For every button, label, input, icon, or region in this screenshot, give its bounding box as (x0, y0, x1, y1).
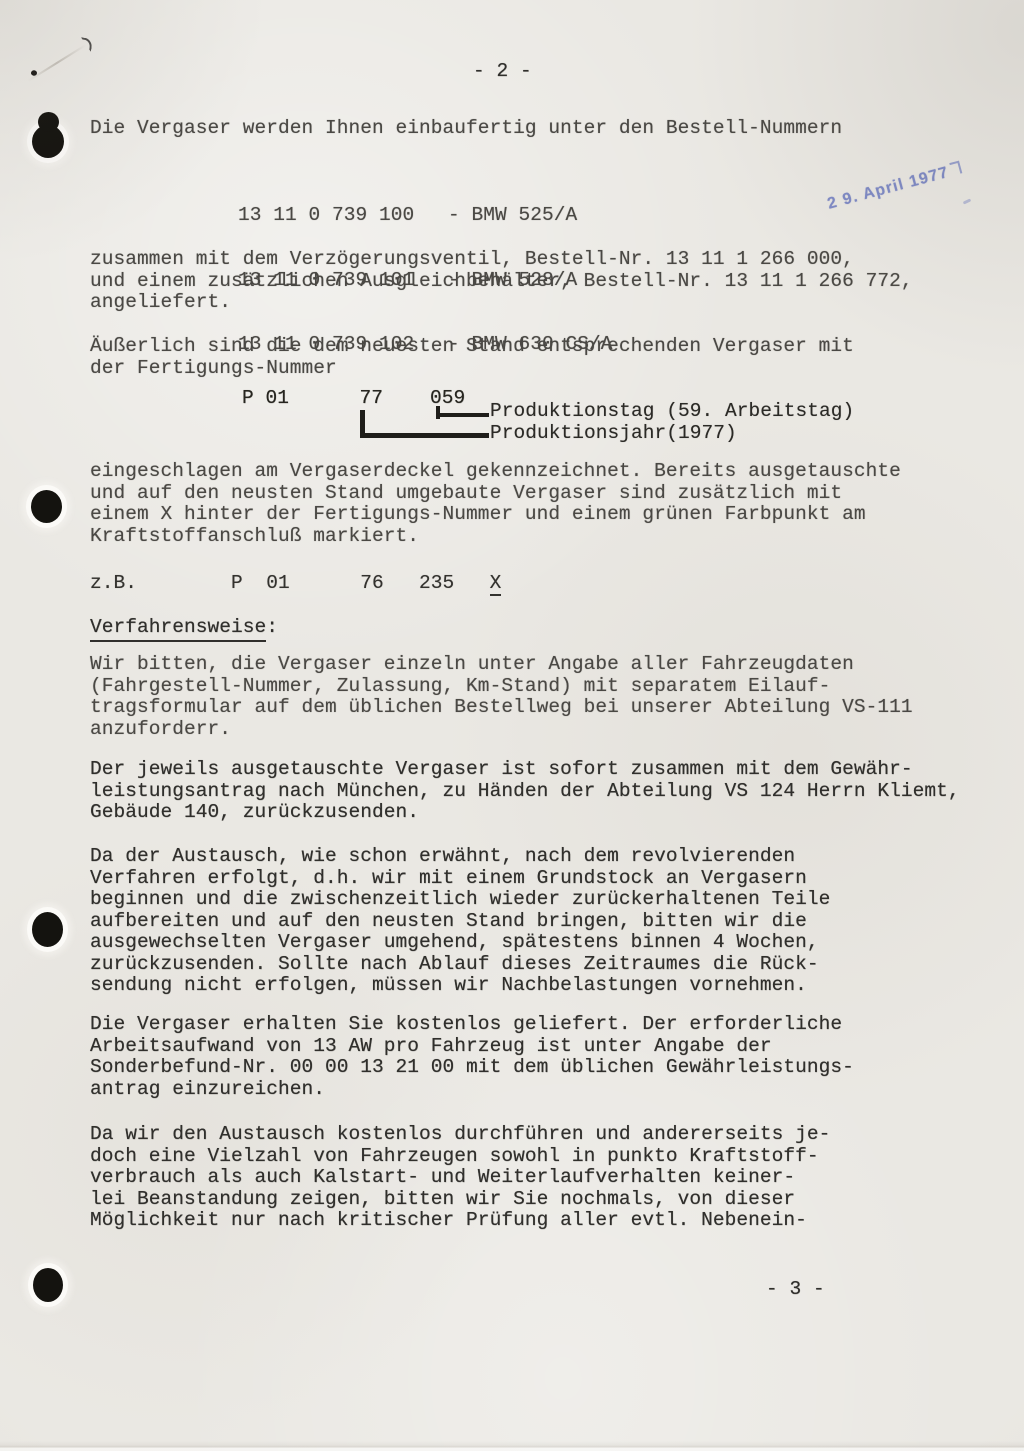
diagram-bracket-day-horizontal (436, 413, 489, 417)
order-model: - BMW 525/A (448, 204, 577, 226)
date-stamp-text: 2 9. April 1977 (826, 164, 951, 213)
section-heading: Verfahrensweise: (90, 617, 278, 639)
paragraph-marking-intro: Äußerlich sind die dem neuesten Stand en… (90, 336, 854, 379)
example-prefix: z.B. P 01 76 235 (90, 572, 490, 594)
paragraph-request: Wir bitten, die Vergaser einzeln unter A… (90, 654, 913, 740)
punch-hole (31, 490, 62, 523)
fertigungsnummer-code: P 01 77 059 (242, 388, 465, 410)
punch-hole (32, 125, 64, 158)
punch-hole (32, 912, 63, 947)
production-year-label: Produktionsjahr(1977) (490, 423, 737, 445)
page-number-bottom: - 3 - (766, 1279, 825, 1301)
example-x-marker: X (490, 575, 502, 596)
paragraph-exchange-terms: Da der Austausch, wie schon erwähnt, nac… (90, 846, 830, 997)
section-heading-text: Verfahrensweise (90, 616, 266, 642)
paragraph-closing: Da wir den Austausch kostenlos durchführ… (90, 1124, 830, 1232)
order-number-row: 13 11 0 739 100- BMW 525/A (238, 205, 613, 227)
scanned-document-page: - 2 - Die Vergaser werden Ihnen einbaufe… (0, 0, 1024, 1451)
date-stamp: 2 9. April 1977 (826, 161, 964, 214)
intro-line: Die Vergaser werden Ihnen einbaufertig u… (90, 118, 842, 140)
paper-crease-mark (27, 44, 86, 82)
pen-hook-mark (79, 37, 93, 52)
paragraph-return-address: Der jeweils ausgetauschte Vergaser ist s… (90, 759, 960, 824)
paragraph-delivery: zusammen mit dem Verzögerungsventil, Bes… (90, 249, 913, 314)
order-number: 13 11 0 739 100 (238, 205, 448, 227)
diagram-bracket-year-horizontal (360, 433, 489, 438)
date-stamp-tail-mark (963, 198, 972, 204)
example-fertigungsnummer-line: z.B. P 01 76 235 X (90, 573, 501, 596)
section-heading-colon: : (266, 616, 278, 638)
page-number-top: - 2 - (473, 61, 532, 83)
date-stamp-corner-mark (949, 161, 962, 176)
punch-hole (33, 1268, 63, 1302)
production-day-label: Produktionstag (59. Arbeitstag) (490, 401, 854, 423)
paragraph-marking-detail: eingeschlagen am Vergaserdeckel gekennze… (90, 461, 901, 547)
paragraph-cost-info: Die Vergaser erhalten Sie kostenlos geli… (90, 1014, 854, 1100)
